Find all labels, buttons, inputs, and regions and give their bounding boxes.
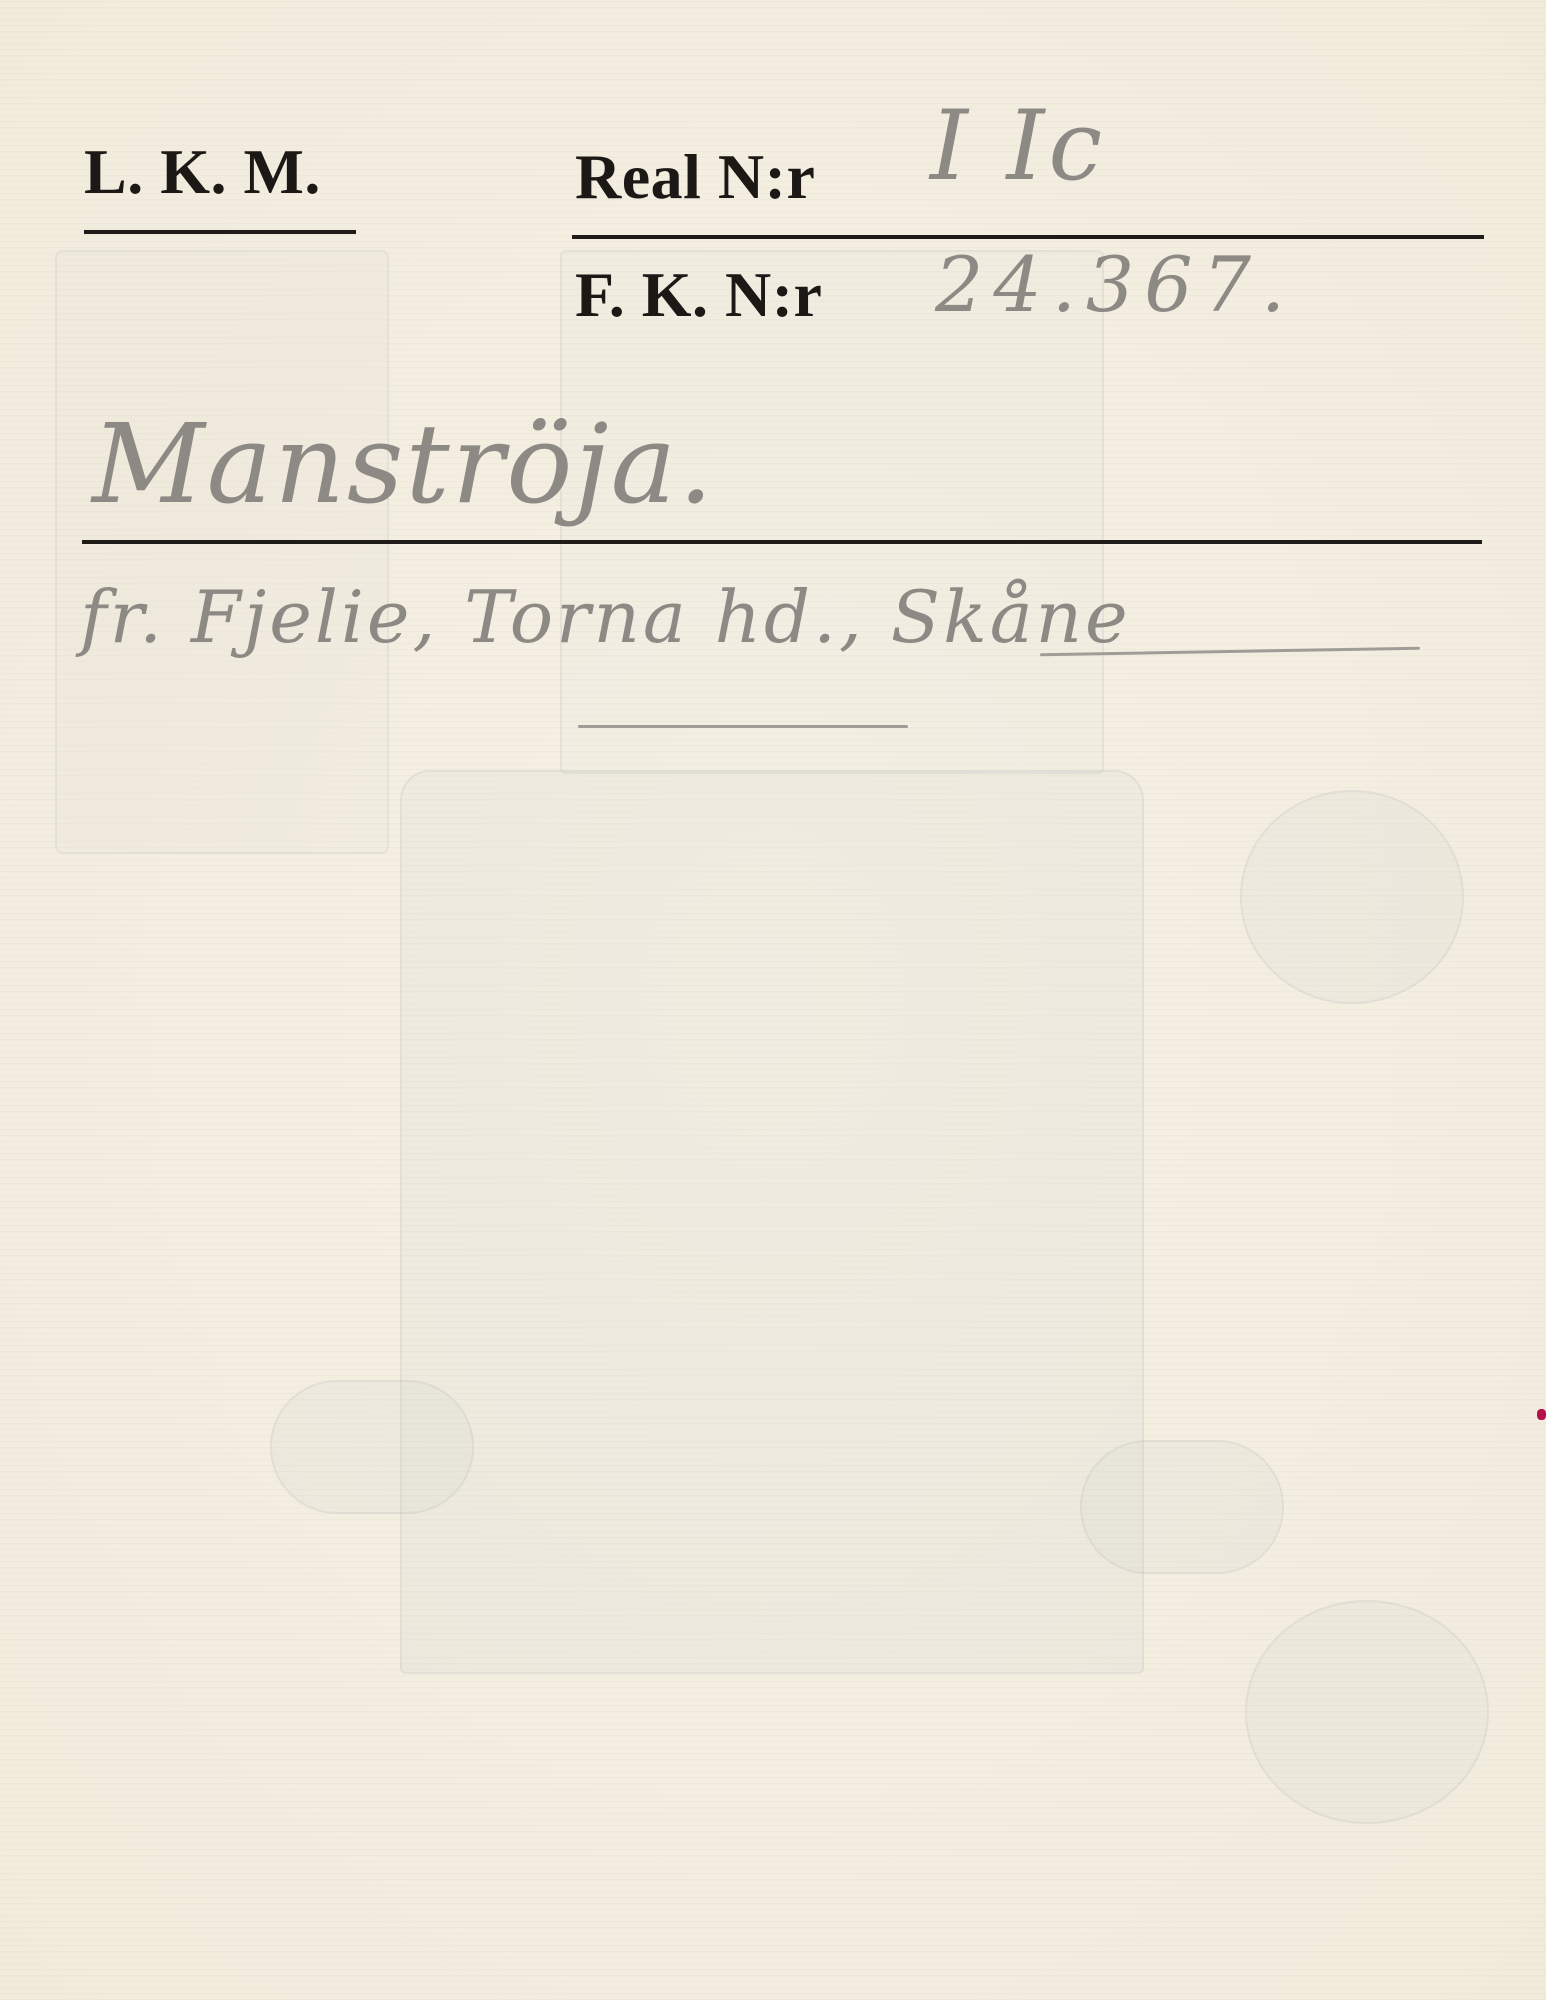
divider — [82, 540, 1482, 544]
divider — [572, 235, 1484, 239]
object-title: Manströja. — [92, 400, 715, 528]
catalog-card: L. K. M. Real N:r I Ic F. K. N:r 24.367.… — [0, 0, 1546, 2000]
object-origin: fr. Fjelie, Torna hd., Skåne — [80, 575, 1131, 659]
show-through-garment-drawing — [400, 770, 1144, 1674]
real-number-label: Real N:r — [575, 140, 815, 214]
fk-number-value: 24.367. — [935, 240, 1295, 329]
show-through-button-drawing — [1240, 790, 1464, 1004]
show-through-drawing — [1080, 1440, 1284, 1574]
pencil-underline — [578, 725, 908, 728]
show-through-drawing — [55, 250, 389, 854]
show-through-drawing — [270, 1380, 474, 1514]
fk-number-label: F. K. N:r — [575, 258, 822, 332]
red-ink-mark — [1537, 1409, 1546, 1420]
real-number-value: I Ic — [930, 90, 1106, 202]
divider — [84, 230, 356, 234]
institution-label: L. K. M. — [84, 135, 321, 209]
show-through-button-drawing — [1245, 1600, 1489, 1824]
